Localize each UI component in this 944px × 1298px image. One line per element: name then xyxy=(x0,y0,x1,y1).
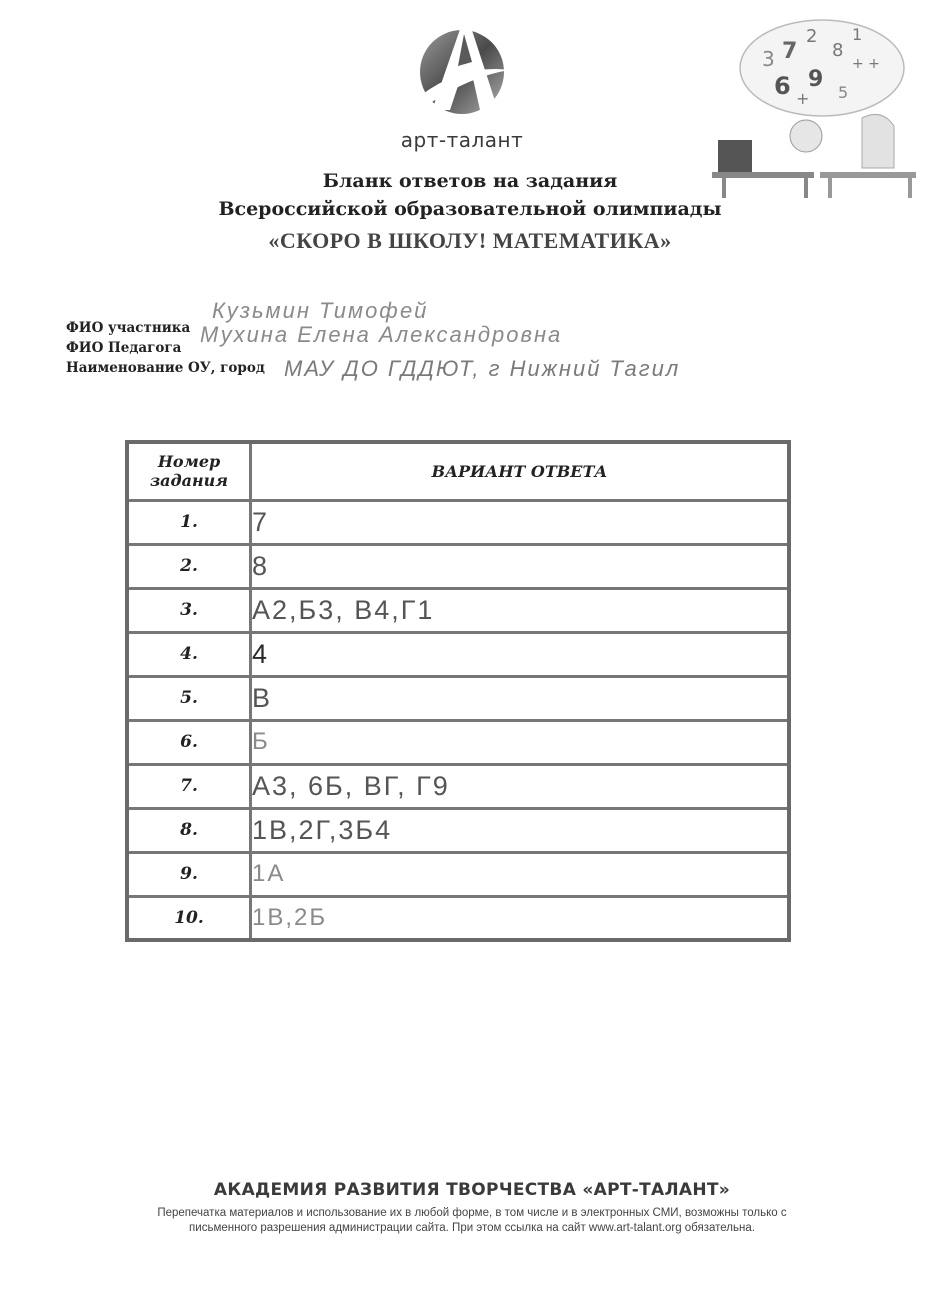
svg-text:+ +: + + xyxy=(852,56,880,72)
svg-text:+: + xyxy=(796,89,809,108)
answer-cell[interactable]: Б xyxy=(251,720,790,764)
logo-text: арт-талант xyxy=(380,128,544,152)
table-row: 1.7 xyxy=(127,500,789,544)
answers-table: Номерзадания ВАРИАНТ ОТВЕТА 1.7 2.8 3.А2… xyxy=(125,440,791,942)
table-row: 3.А2,Б3, В4,Г1 xyxy=(127,588,789,632)
svg-text:8: 8 xyxy=(832,40,843,61)
art-talant-logo-icon xyxy=(412,10,512,120)
svg-text:9: 9 xyxy=(808,67,823,92)
task-number: 7. xyxy=(127,764,251,808)
task-number: 6. xyxy=(127,720,251,764)
table-row: 2.8 xyxy=(127,544,789,588)
answer-cell[interactable]: 1В,2Б xyxy=(251,896,790,940)
column-header-answer: ВАРИАНТ ОТВЕТА xyxy=(251,442,790,500)
task-number: 2. xyxy=(127,544,251,588)
participant-name-value: Кузьмин Тимофей xyxy=(212,298,428,324)
svg-text:1: 1 xyxy=(852,25,862,44)
column-header-number: Номерзадания xyxy=(127,442,251,500)
table-row: 7.А3, 6Б, ВГ, Г9 xyxy=(127,764,789,808)
answer-cell[interactable]: А3, 6Б, ВГ, Г9 xyxy=(251,764,790,808)
table-row: 8.1В,2Г,3Б4 xyxy=(127,808,789,852)
task-number: 1. xyxy=(127,500,251,544)
task-number: 4. xyxy=(127,632,251,676)
svg-text:5: 5 xyxy=(838,83,848,102)
task-number: 3. xyxy=(127,588,251,632)
answer-cell[interactable]: 1В,2Г,3Б4 xyxy=(251,808,790,852)
task-number: 9. xyxy=(127,852,251,896)
svg-text:2: 2 xyxy=(806,26,817,47)
teacher-name-value: Мухина Елена Александровна xyxy=(200,322,562,348)
footer-title: АКАДЕМИЯ РАЗВИТИЯ ТВОРЧЕСТВА «АРТ-ТАЛАНТ… xyxy=(100,1180,844,1200)
olympiad-subject: «СКОРО В ШКОЛУ! МАТЕМАТИКА» xyxy=(150,228,790,254)
table-row: 9.1А xyxy=(127,852,789,896)
table-row: 10.1В,2Б xyxy=(127,896,789,940)
school-label: Наименование ОУ, город xyxy=(66,358,265,378)
school-value: МАУ ДО ГДДЮТ, г Нижний Тагил xyxy=(284,356,680,382)
answer-cell[interactable]: 4 xyxy=(251,632,790,676)
task-number: 10. xyxy=(127,896,251,940)
table-row: 4.4 xyxy=(127,632,789,676)
answer-cell[interactable]: В xyxy=(251,676,790,720)
answer-cell[interactable]: 8 xyxy=(251,544,790,588)
answer-cell[interactable]: 1А xyxy=(251,852,790,896)
table-header-row: Номерзадания ВАРИАНТ ОТВЕТА xyxy=(127,442,789,500)
answer-cell[interactable]: А2,Б3, В4,Г1 xyxy=(251,588,790,632)
footer-note-line: письменного разрешения администрации сай… xyxy=(90,1221,854,1236)
svg-text:6: 6 xyxy=(774,72,791,100)
footer-note-line: Перепечатка материалов и использование и… xyxy=(90,1206,854,1221)
task-number: 5. xyxy=(127,676,251,720)
table-row: 5.В xyxy=(127,676,789,720)
task-number: 8. xyxy=(127,808,251,852)
olympiad-name: Всероссийской образовательной олимпиады xyxy=(150,198,790,220)
answer-cell[interactable]: 7 xyxy=(251,500,790,544)
svg-text:7: 7 xyxy=(782,39,797,64)
form-title: Бланк ответов на задания xyxy=(150,170,790,192)
table-row: 6.Б xyxy=(127,720,789,764)
svg-text:3: 3 xyxy=(762,47,775,71)
footer-copyright-note: Перепечатка материалов и использование и… xyxy=(90,1206,854,1236)
